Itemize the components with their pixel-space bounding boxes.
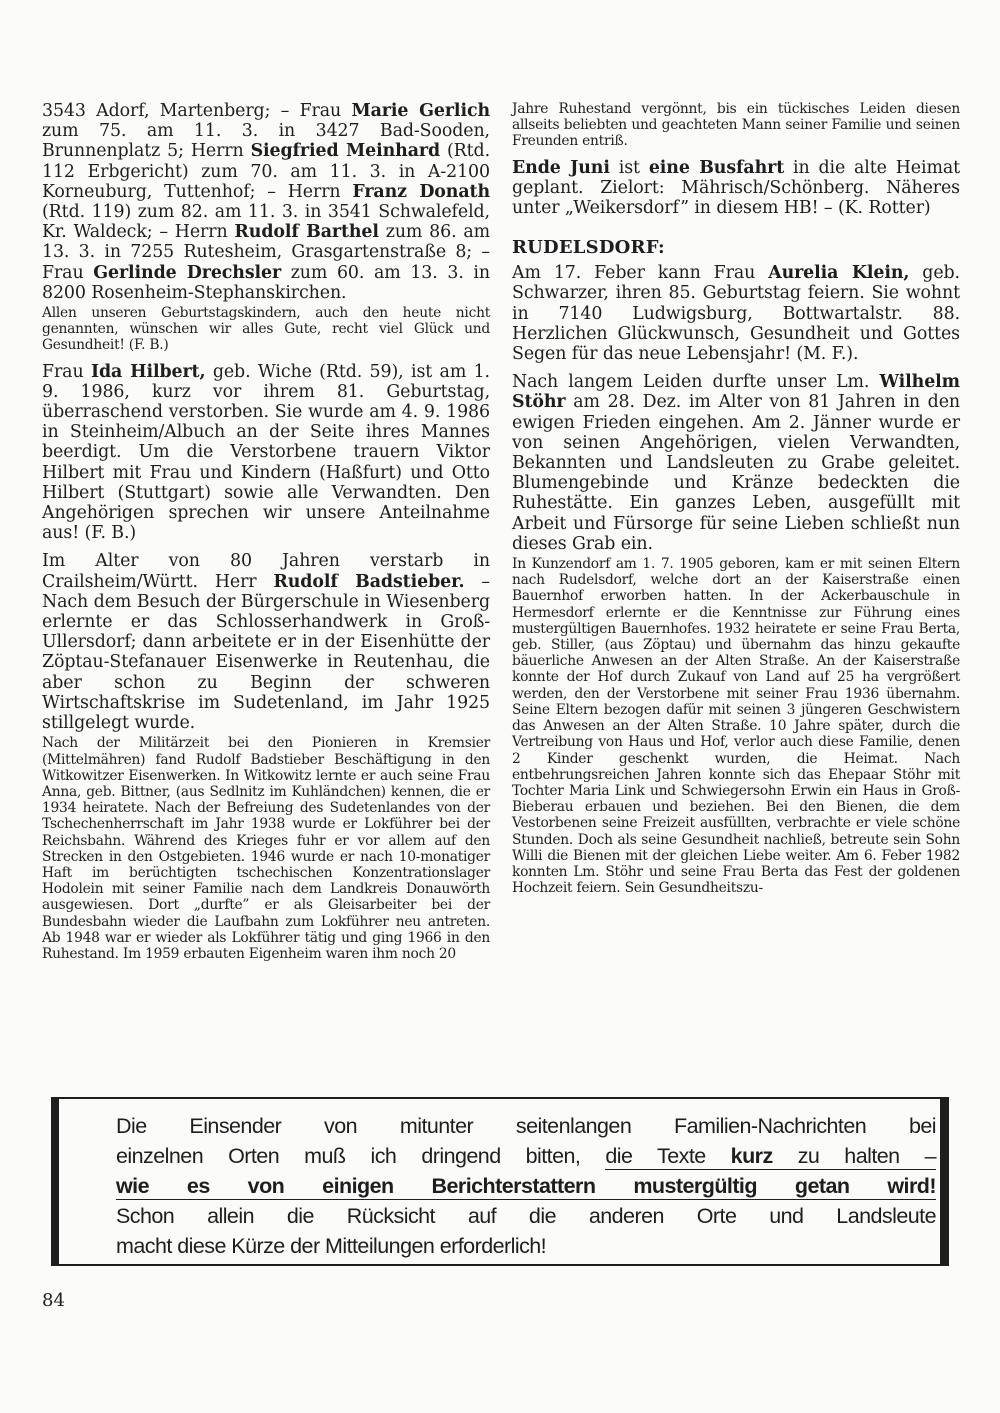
- notice-line-5: macht diese Kürze der Mitteilungen erfor…: [116, 1231, 936, 1261]
- birthday-list: 3543 Adorf, Martenberg; – Frau Marie Ger…: [42, 101, 490, 303]
- section-heading-rudelsdorf: RUDELSDORF:: [512, 237, 960, 258]
- obituary-stoehr-continuation: In Kunzendorf am 1. 7. 1905 geboren, kam…: [512, 556, 960, 896]
- person-name: Aurelia Klein,: [768, 263, 909, 283]
- notice-line-1: Die Einsender von mitunter seitenlangen …: [116, 1111, 936, 1141]
- left-column: 3543 Adorf, Martenberg; – Frau Marie Ger…: [42, 101, 490, 962]
- underlined-text: die Texte kurz zu halten –: [605, 1144, 936, 1170]
- notice-box: Die Einsender von mitunter seitenlangen …: [51, 1097, 949, 1266]
- bus-trip-announcement: Ende Juni ist eine Busfahrt in die alte …: [512, 158, 960, 219]
- obituary-wilhelm-stoehr: Nach langem Leiden durfte unser Lm. Wilh…: [512, 372, 960, 554]
- birthday-aurelia-klein: Am 17. Feber kann Frau Aurelia Klein, ge…: [512, 263, 960, 364]
- obituary-ida-hilbert: Frau Ida Hilbert, geb. Wiche (Rtd. 59), …: [42, 362, 490, 544]
- obituary-badstieber-continuation: Nach der Militärzeit bei den Pionieren i…: [42, 735, 490, 962]
- person-name: Ida Hilbert,: [91, 362, 206, 382]
- right-column: Jahre Ruhestand vergönnt, bis ein tückis…: [512, 101, 960, 896]
- notice-line-2: einzelnen Orten muß ich dringend bitten,…: [116, 1141, 936, 1171]
- person-name: Gerlinde Drechsler: [93, 263, 281, 283]
- obituary-rudolf-badstieber: Im Alter von 80 Jahren verstarb in Crail…: [42, 551, 490, 733]
- obituary-badstieber-end: Jahre Ruhestand vergönnt, bis ein tückis…: [512, 101, 960, 150]
- person-name: Rudolf Badstieber.: [273, 572, 464, 592]
- person-name: Franz Donath: [352, 182, 490, 202]
- notice-line-3: wie es von einigen Berichterstattern mus…: [116, 1171, 936, 1201]
- person-name: Rudolf Barthel: [234, 222, 379, 242]
- notice-line-4: Schon allein die Rücksicht auf die ander…: [116, 1201, 936, 1231]
- person-name: Siegfried Meinhard: [251, 141, 440, 161]
- person-name: Marie Gerlich: [351, 101, 490, 121]
- page-number: 84: [42, 1290, 65, 1311]
- birthday-wishes: Allen unseren Geburtstagskindern, auch d…: [42, 305, 490, 354]
